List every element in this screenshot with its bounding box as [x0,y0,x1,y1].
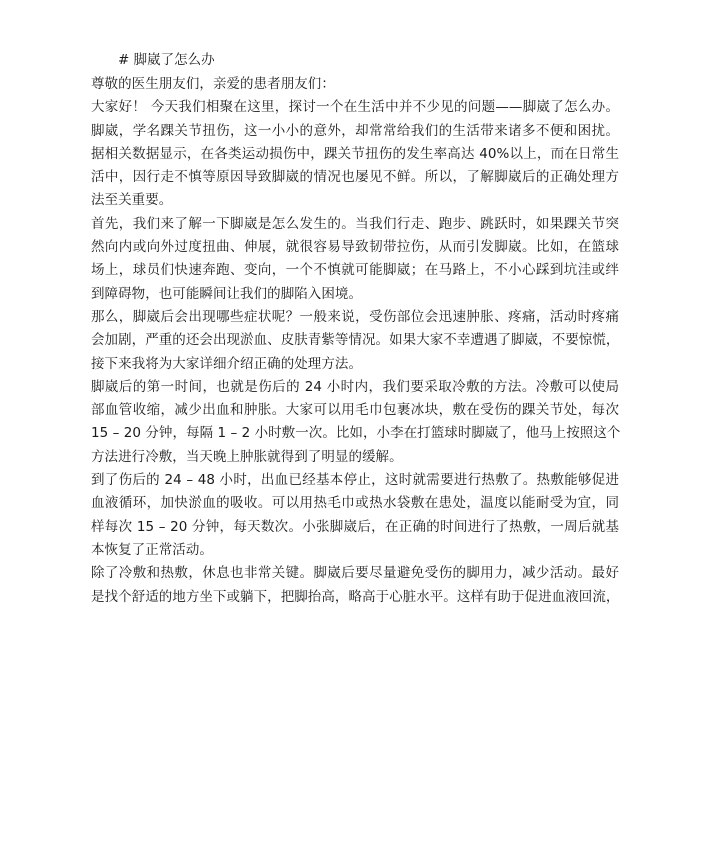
text-line: 是找个舒适的地方坐下或躺下，把脚抬高，略高于心脏水平。这样有助于促进血液回流， [91,586,619,609]
text-line: 法至关重要。 [91,189,619,212]
document-page: # 脚崴了怎么办 尊敬的医生朋友们，亲爱的患者朋友们： 大家好！ 今天我们相聚在… [0,0,708,841]
paragraph-symptoms: 那么，脚崴后会出现哪些症状呢？一般来说，受伤部位会迅速肿胀、疼痛，活动时疼痛 会… [91,306,619,376]
text-line: 到了伤后的 24 – 48 小时，出血已经基本停止，这时就需要进行热敷了。热敷能… [91,469,619,492]
text-line: 会加剧，严重的还会出现淤血、皮肤青紫等情况。如果大家不幸遭遇了脚崴，不要惊慌， [91,329,619,352]
text-line: 15 – 20 分钟，每隔 1 – 2 小时敷一次。比如，小李在打篮球时脚崴了，… [91,422,619,445]
text-line: 然向内或向外过度扭曲、伸展，就很容易导致韧带拉伤，从而引发脚崴。比如，在篮球 [91,236,619,259]
paragraph-rest: 除了冷敷和热敷，休息也非常关键。脚崴后要尽量避免受伤的脚用力，减少活动。最好 是… [91,562,619,609]
paragraph-hot-compress: 到了伤后的 24 – 48 小时，出血已经基本停止，这时就需要进行热敷了。热敷能… [91,469,619,562]
document-title: # 脚崴了怎么办 [91,50,619,70]
text-line: 方法进行冷敷，当天晚上肿胀就得到了明显的缓解。 [91,446,619,469]
text-line: 接下来我将为大家详细介绍正确的处理方法。 [91,353,619,376]
text-line: 除了冷敷和热敷，休息也非常关键。脚崴后要尽量避免受伤的脚用力，减少活动。最好 [91,562,619,585]
text-line: 脚崴，学名踝关节扭伤，这一小小的意外，却常常给我们的生活带来诸多不便和困扰。 [91,120,619,143]
text-line: 样每次 15 – 20 分钟，每天数次。小张脚崴后，在正确的时间进行了热敷，一周… [91,516,619,539]
paragraph-cause: 首先，我们来了解一下脚崴是怎么发生的。当我们行走、跑步、跳跃时，如果踝关节突 然… [91,213,619,306]
text-line: 尊敬的医生朋友们，亲爱的患者朋友们： [91,73,619,96]
text-line: 部血管收缩，减少出血和肿胀。大家可以用毛巾包裹冰块，敷在受伤的踝关节处，每次 [91,399,619,422]
document-body: # 脚崴了怎么办 尊敬的医生朋友们，亲爱的患者朋友们： 大家好！ 今天我们相聚在… [91,50,619,609]
text-line: 首先，我们来了解一下脚崴是怎么发生的。当我们行走、跑步、跳跃时，如果踝关节突 [91,213,619,236]
text-line: 到障碍物，也可能瞬间让我们的脚陷入困境。 [91,283,619,306]
paragraph-intro: 大家好！ 今天我们相聚在这里，探讨一个在生活中并不少见的问题——脚崴了怎么办。 … [91,96,619,212]
text-line: 那么，脚崴后会出现哪些症状呢？一般来说，受伤部位会迅速肿胀、疼痛，活动时疼痛 [91,306,619,329]
text-line: 场上，球员们快速奔跑、变向，一个不慎就可能脚崴；在马路上，不小心踩到坑洼或绊 [91,259,619,282]
text-line: 脚崴后的第一时间，也就是伤后的 24 小时内，我们要采取冷敷的方法。冷敷可以使局 [91,376,619,399]
text-line: 血液循环，加快淤血的吸收。可以用热毛巾或热水袋敷在患处，温度以能耐受为宜，同 [91,492,619,515]
text-line: 活中，因行走不慎等原因导致脚崴的情况也屡见不鲜。所以，了解脚崴后的正确处理方 [91,166,619,189]
text-line: 本恢复了正常活动。 [91,539,619,562]
paragraph-salutation: 尊敬的医生朋友们，亲爱的患者朋友们： [91,73,619,96]
text-line: 大家好！ 今天我们相聚在这里，探讨一个在生活中并不少见的问题——脚崴了怎么办。 [91,96,619,119]
paragraph-cold-compress: 脚崴后的第一时间，也就是伤后的 24 小时内，我们要采取冷敷的方法。冷敷可以使局… [91,376,619,469]
text-line: 据相关数据显示，在各类运动损伤中，踝关节扭伤的发生率高达 40%以上，而在日常生 [91,143,619,166]
